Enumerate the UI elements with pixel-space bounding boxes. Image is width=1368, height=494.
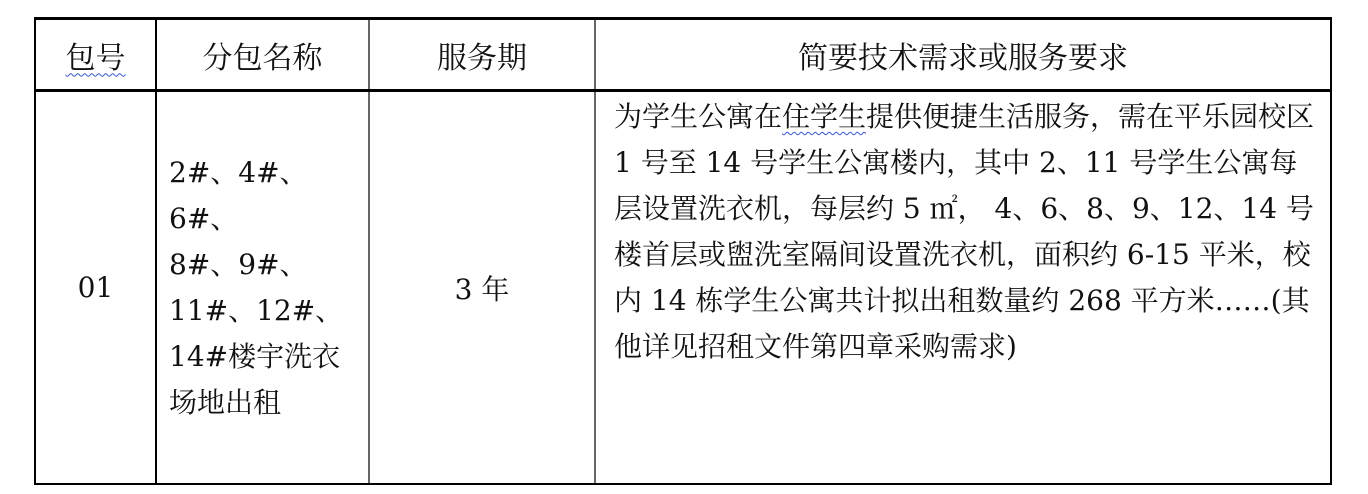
bid-package-table: 包号 分包名称 服务期 简要技术需求或服务要求 01 2#、4#、6#、 8#、…: [34, 17, 1332, 485]
header-package-no-text: 包号: [66, 41, 126, 76]
cell-service-period: 3 年: [369, 91, 595, 485]
cell-package-no: 01: [35, 91, 156, 485]
table-header-row: 包号 分包名称 服务期 简要技术需求或服务要求: [35, 19, 1331, 91]
cell-package-name: 2#、4#、6#、 8#、9#、 11#、12#、 14#楼宇洗衣 场地出租: [156, 91, 369, 485]
package-name-line: 8#、9#、: [169, 242, 368, 288]
spellcheck-flagged-text: 住学生: [782, 100, 866, 133]
header-package-name: 分包名称: [156, 19, 369, 91]
table-row: 01 2#、4#、6#、 8#、9#、 11#、12#、 14#楼宇洗衣 场地出…: [35, 91, 1331, 485]
header-package-no: 包号: [35, 19, 156, 91]
cell-requirements: 为学生公寓在住学生提供便捷生活服务，需在平乐园校区 1 号至 14 号学生公寓楼…: [595, 91, 1331, 485]
requirements-text-start: 为学生公寓在: [614, 100, 782, 133]
package-name-line: 11#、12#、: [169, 288, 368, 334]
package-name-line: 场地出租: [169, 380, 368, 426]
package-name-line: 14#楼宇洗衣: [169, 334, 368, 380]
requirements-text-rest: 提供便捷生活服务，需在平乐园校区 1 号至 14 号学生公寓楼内，其中 2、11…: [614, 100, 1314, 363]
header-requirements: 简要技术需求或服务要求: [595, 19, 1331, 91]
package-name-line: 2#、4#、6#、: [169, 150, 368, 242]
header-service-period: 服务期: [369, 19, 595, 91]
